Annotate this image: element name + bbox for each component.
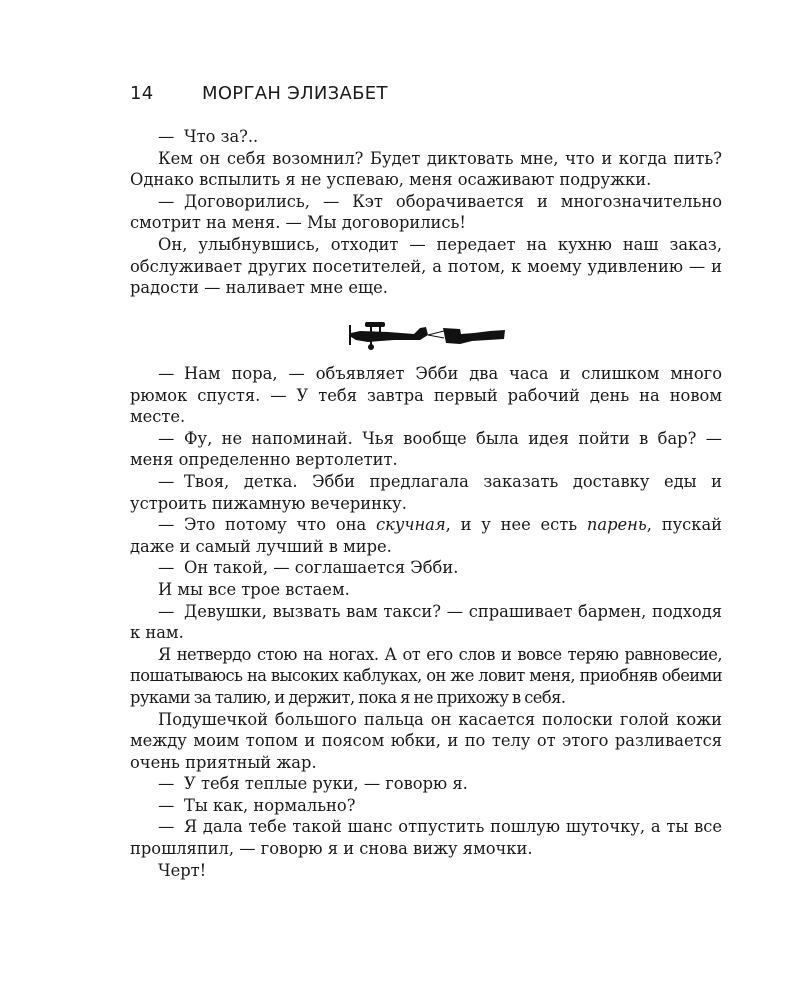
dialogue-dash: — — [158, 795, 184, 817]
dialogue-dash: — — [158, 514, 184, 536]
biplane-towing-banner-icon — [348, 318, 508, 352]
paragraph-text: Нам пора, — объявляет Эбби два часа и сл… — [130, 364, 722, 426]
paragraph-text: Это потому что она — [184, 515, 376, 534]
emphasis-text: скучная — [376, 515, 446, 534]
dialogue-dash: — — [158, 471, 184, 493]
dialogue-dash: — — [158, 816, 184, 838]
paragraph-text: Что за?.. — [184, 127, 258, 146]
paragraph: —Я дала тебе такой шанс отпустить пошлую… — [130, 816, 722, 859]
paragraph-text: Я дала тебе такой шанс отпустить пошлую … — [130, 817, 722, 858]
paragraph-text: Подушечкой большого пальца он касается п… — [130, 710, 722, 772]
paragraph-text: Договорились, — Кэт оборачивается и мног… — [130, 192, 722, 233]
dialogue-dash: — — [158, 773, 184, 795]
paragraph: Я нетвердо стою на ногах. А от его слов … — [130, 644, 722, 709]
paragraph: Кем он себя возомнил? Будет диктовать мн… — [130, 148, 722, 191]
dialogue-dash: — — [158, 557, 184, 579]
paragraph-text: Черт! — [158, 861, 206, 880]
text-section-1: —Что за?.. Кем он себя возомнил? Будет д… — [130, 126, 722, 299]
running-head: 14 МОРГАН ЭЛИЗАБЕТ — [130, 80, 388, 106]
emphasis-text: парень — [587, 515, 647, 534]
paragraph: —Что за?.. — [130, 126, 722, 148]
paragraph: —Фу, не напоминай. Чья вообще была идея … — [130, 428, 722, 471]
author-name: МОРГАН ЭЛИЗАБЕТ — [202, 83, 388, 104]
paragraph-text: Фу, не напоминай. Чья вообще была идея п… — [130, 429, 722, 470]
paragraph-text: , и у нее есть — [446, 515, 587, 534]
paragraph-text: Девушки, вызвать вам такси? — спрашивает… — [130, 602, 722, 643]
paragraph-text: У тебя теплые руки, — говорю я. — [184, 774, 468, 793]
paragraph: —Твоя, детка. Эбби предлагала заказать д… — [130, 471, 722, 514]
paragraph: —Девушки, вызвать вам такси? — спрашивае… — [130, 601, 722, 644]
paragraph: Он, улыбнувшись, отходит — передает на к… — [130, 234, 722, 299]
page-number: 14 — [130, 83, 202, 104]
paragraph-text: Я нетвердо стою на ногах. А от его слов … — [130, 645, 722, 707]
paragraph-text: И мы все трое встаем. — [158, 580, 350, 599]
paragraph: —У тебя теплые руки, — говорю я. — [130, 773, 722, 795]
paragraph: Подушечкой большого пальца он касается п… — [130, 709, 722, 774]
dialogue-dash: — — [158, 428, 184, 450]
paragraph-text: Ты как, нормально? — [184, 796, 355, 815]
paragraph: —Это потому что она скучная, и у нее ест… — [130, 514, 722, 557]
paragraph: —Договорились, — Кэт оборачивается и мно… — [130, 191, 722, 234]
text-section-2: —Нам пора, — объявляет Эбби два часа и с… — [130, 363, 722, 881]
paragraph: —Ты как, нормально? — [130, 795, 722, 817]
dialogue-dash: — — [158, 126, 184, 148]
dialogue-dash: — — [158, 363, 184, 385]
paragraph: И мы все трое встаем. — [130, 579, 722, 601]
dialogue-dash: — — [158, 601, 184, 623]
paragraph-text: Он такой, — соглашается Эбби. — [184, 558, 458, 577]
paragraph-text: Кем он себя возомнил? Будет диктовать мн… — [130, 149, 722, 190]
paragraph-text: Он, улыбнувшись, отходит — передает на к… — [130, 235, 722, 297]
paragraph-text: Твоя, детка. Эбби предлагала заказать до… — [130, 472, 722, 513]
paragraph: —Нам пора, — объявляет Эбби два часа и с… — [130, 363, 722, 428]
paragraph: —Он такой, — соглашается Эбби. — [130, 557, 722, 579]
dialogue-dash: — — [158, 191, 184, 213]
paragraph: Черт! — [130, 860, 722, 882]
